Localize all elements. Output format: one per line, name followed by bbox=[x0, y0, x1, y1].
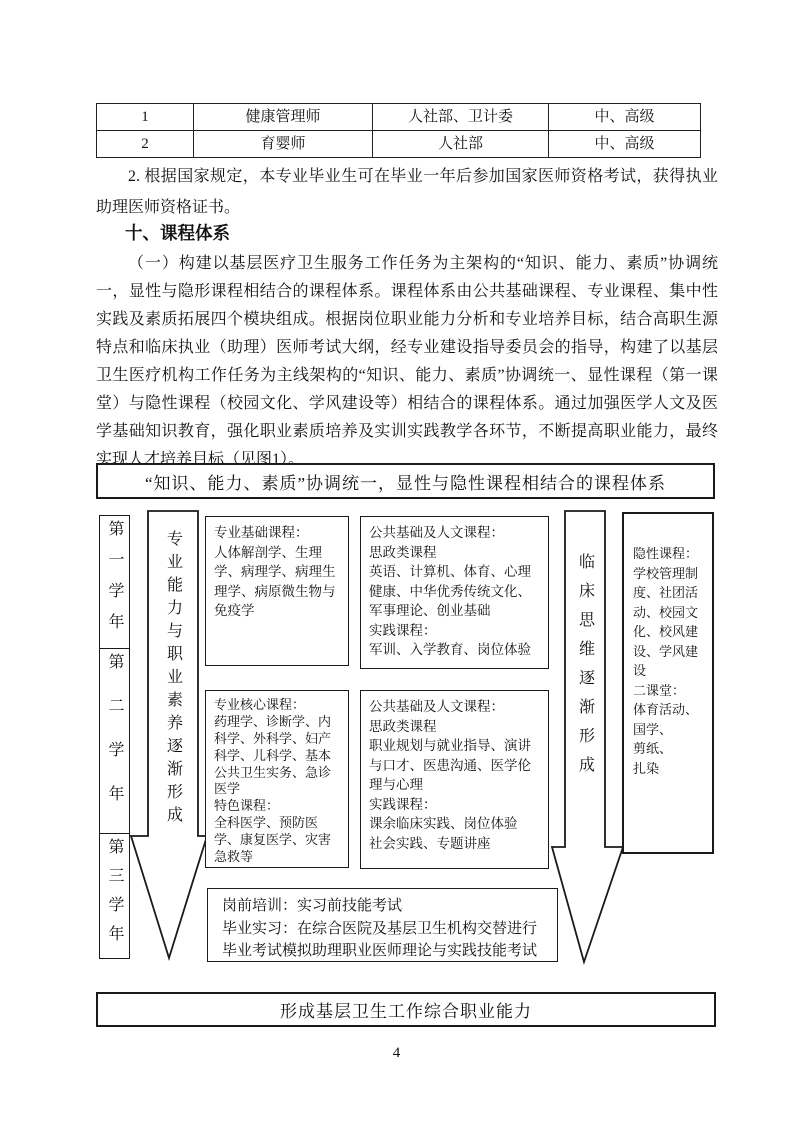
table-cell-name: 健康管理师 bbox=[194, 104, 373, 131]
hidden-curriculum-box: 隐性课程： 学校管理制度、社团活动、校园文化、校风建设、学风建设 二课堂： 体育… bbox=[622, 512, 714, 854]
table-cell-no: 2 bbox=[97, 131, 194, 158]
table-cell-org: 人社部 bbox=[373, 131, 549, 158]
body-paragraph: （一）构建以基层医疗卫生服务工作任务为主架构的“知识、能力、素质”协调统一，显性… bbox=[96, 250, 718, 474]
table-cell-name: 育婴师 bbox=[194, 131, 373, 158]
down-arrow-left-icon bbox=[118, 510, 214, 962]
table-cell-org: 人社部、卫计委 bbox=[373, 104, 549, 131]
outcome-box: 形成基层卫生工作综合职业能力 bbox=[96, 992, 716, 1027]
professional-core-box: 专业核心课程： 药理学、诊断学、内科学、外科学、妇产科学、儿科学、基本公共卫生实… bbox=[205, 690, 349, 868]
down-arrow-right-icon bbox=[548, 510, 628, 966]
diagram-title-box: “知识、能力、素质”协调统一，显性与隐性课程相结合的课程体系 bbox=[96, 463, 715, 499]
table-row: 1 健康管理师 人社部、卫计委 中、高级 bbox=[97, 104, 701, 131]
table-cell-level: 中、高级 bbox=[549, 104, 701, 131]
public-basic-year1-box: 公共基础及人文课程： 思政类课程 英语、计算机、体育、心理健康、中华优秀传统文化… bbox=[360, 516, 549, 669]
table-cell-level: 中、高级 bbox=[549, 131, 701, 158]
practice-training-box: 岗前培训：实习前技能考试 毕业实习：在综合医院及基层卫生机构交替进行 毕业考试模… bbox=[207, 888, 558, 962]
document-page: 1 健康管理师 人社部、卫计委 中、高级 2 育婴师 人社部 中、高级 2. 根… bbox=[0, 0, 793, 1122]
professional-basic-box: 专业基础课程： 人体解剖学、生理学、病理学、病理生理学、病原微生物与免疫学 bbox=[205, 516, 349, 666]
note-paragraph: 2. 根据国家规定，本专业毕业生可在毕业一年后参加国家医师资格考试，获得执业助理… bbox=[96, 161, 718, 223]
public-basic-year2-box: 公共基础及人文课程： 思政类课程 职业规划与就业指导、演讲与口才、医患沟通、医学… bbox=[360, 690, 549, 869]
section-heading: 十、课程体系 bbox=[96, 220, 747, 246]
certification-table: 1 健康管理师 人社部、卫计委 中、高级 2 育婴师 人社部 中、高级 bbox=[96, 103, 701, 158]
page-number: 4 bbox=[0, 1045, 793, 1062]
table-cell-no: 1 bbox=[97, 104, 194, 131]
table-row: 2 育婴师 人社部 中、高级 bbox=[97, 131, 701, 158]
